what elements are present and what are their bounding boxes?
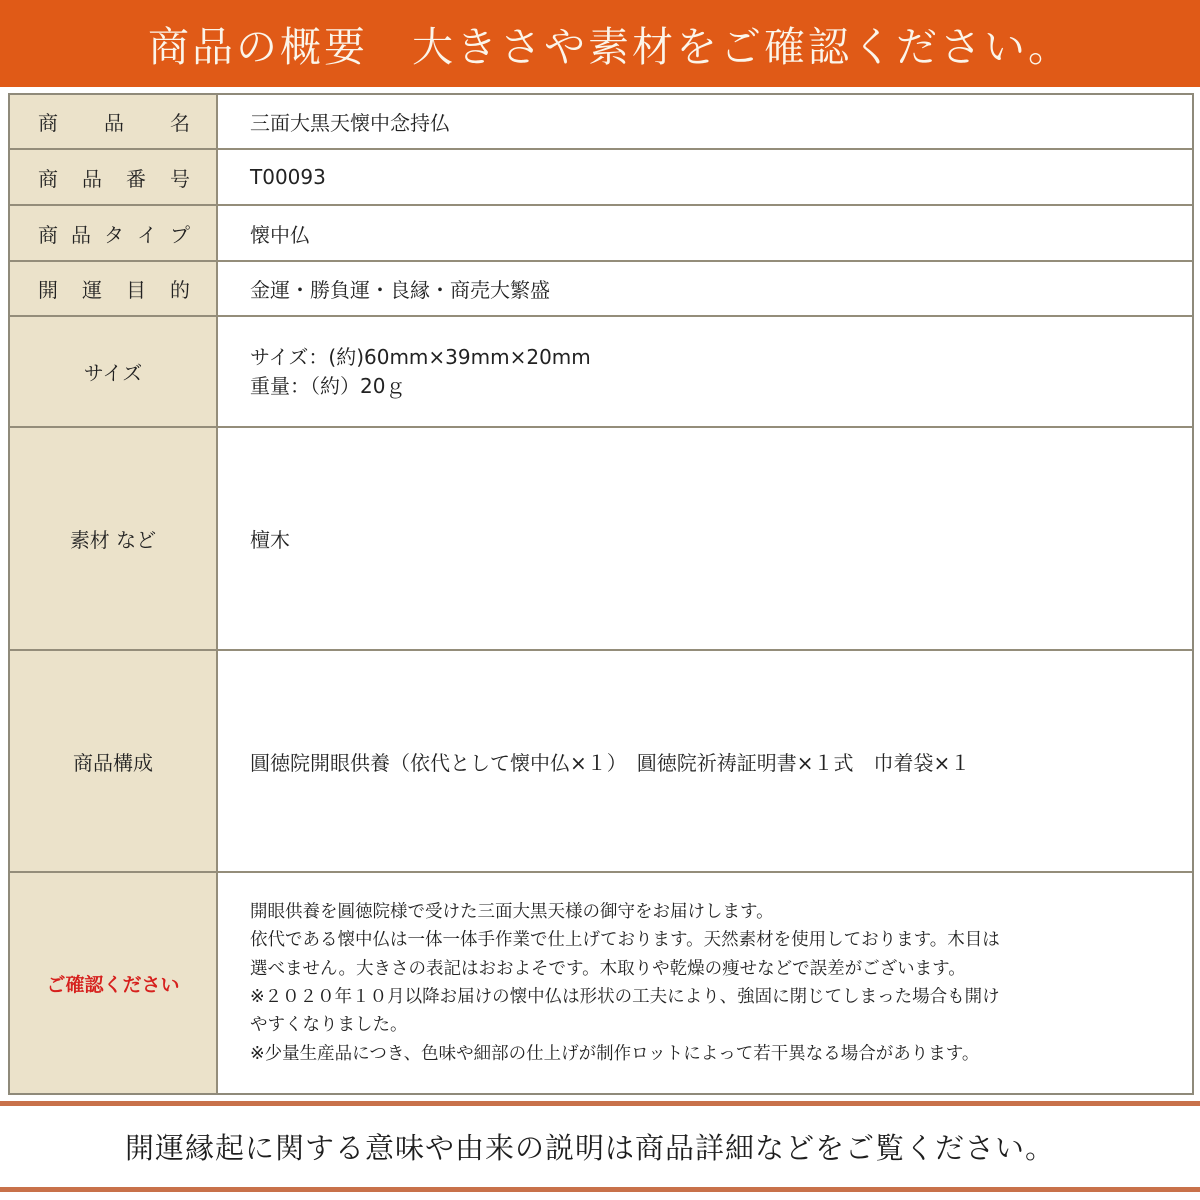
row-label-notice: ご確認ください — [10, 873, 218, 1093]
table-row-size: サイズ サイズ：(約)60mm×39mm×20mm 重量：（約）20ｇ — [10, 317, 1192, 428]
row-label-product-type: 商 品 タ イ プ — [10, 206, 218, 260]
footer-divider-bottom — [0, 1187, 1200, 1192]
table-row-product-type: 商 品 タ イ プ 懐中仏 — [10, 206, 1192, 262]
product-spec-table: 商 品 名 三面大黒天懐中念持仏 商 品 番 号 T00093 商 品 タ イ … — [8, 93, 1194, 1095]
row-label-size: サイズ — [10, 317, 218, 426]
row-value-size: サイズ：(約)60mm×39mm×20mm 重量：（約）20ｇ — [218, 317, 1192, 426]
row-label-contents: 商品構成 — [10, 651, 218, 871]
row-value-product-type: 懐中仏 — [218, 206, 1192, 260]
notice-line: ※２０２０年１０月以降お届けの懐中仏は形状の工夫により、強固に閉じてしまった場合… — [250, 983, 1000, 1011]
row-value-contents: 圓徳院開眼供養（依代として懐中仏×１） 圓徳院祈祷証明書×１式 巾着袋×１ — [218, 651, 1192, 871]
row-label-fortune-purpose: 開 運 目 的 — [10, 262, 218, 315]
notice-line: ※少量生産品につき、色味や細部の仕上げが制作ロットによって若干異なる場合がありま… — [250, 1040, 1000, 1068]
notice-line: 開眼供養を圓徳院様で受けた三面大黒天様の御守をお届けします。 — [250, 898, 1000, 926]
table-row-notice: ご確認ください 開眼供養を圓徳院様で受けた三面大黒天様の御守をお届けします。 依… — [10, 873, 1192, 1093]
table-row-contents: 商品構成 圓徳院開眼供養（依代として懐中仏×１） 圓徳院祈祷証明書×１式 巾着袋… — [10, 651, 1192, 873]
row-value-fortune-purpose: 金運・勝負運・良縁・商売大繁盛 — [218, 262, 1192, 315]
row-value-material: 檀木 — [218, 428, 1192, 649]
row-value-product-name: 三面大黒天懐中念持仏 — [218, 95, 1192, 148]
page-header: 商品の概要 大きさや素材をご確認ください。 — [0, 0, 1200, 87]
row-label-product-name: 商 品 名 — [10, 95, 218, 148]
row-label-material: 素材 など — [10, 428, 218, 649]
row-label-product-number: 商 品 番 号 — [10, 150, 218, 204]
row-value-product-number: T00093 — [218, 150, 1192, 204]
table-row-material: 素材 など 檀木 — [10, 428, 1192, 651]
table-row-product-number: 商 品 番 号 T00093 — [10, 150, 1192, 206]
table-row-fortune-purpose: 開 運 目 的 金運・勝負運・良縁・商売大繁盛 — [10, 262, 1192, 317]
notice-line: 選べません。大きさの表記はおおよそです。木取りや乾燥の痩せなどで誤差がございます… — [250, 955, 1000, 983]
page-title: 商品の概要 大きさや素材をご確認ください。 — [128, 14, 1072, 73]
notice-line: やすくなりました。 — [250, 1011, 1000, 1039]
notice-line: 依代である懐中仏は一体一体手作業で仕上げております。天然素材を使用しております。… — [250, 926, 1000, 954]
footer-note: 開運縁起に関する意味や由来の説明は商品詳細などをご覧ください。 — [0, 1106, 1200, 1187]
row-value-notice: 開眼供養を圓徳院様で受けた三面大黒天様の御守をお届けします。 依代である懐中仏は… — [218, 873, 1192, 1093]
table-row-product-name: 商 品 名 三面大黒天懐中念持仏 — [10, 95, 1192, 150]
size-weight: 重量：（約）20ｇ — [250, 372, 591, 401]
size-dimensions: サイズ：(約)60mm×39mm×20mm — [250, 343, 591, 372]
